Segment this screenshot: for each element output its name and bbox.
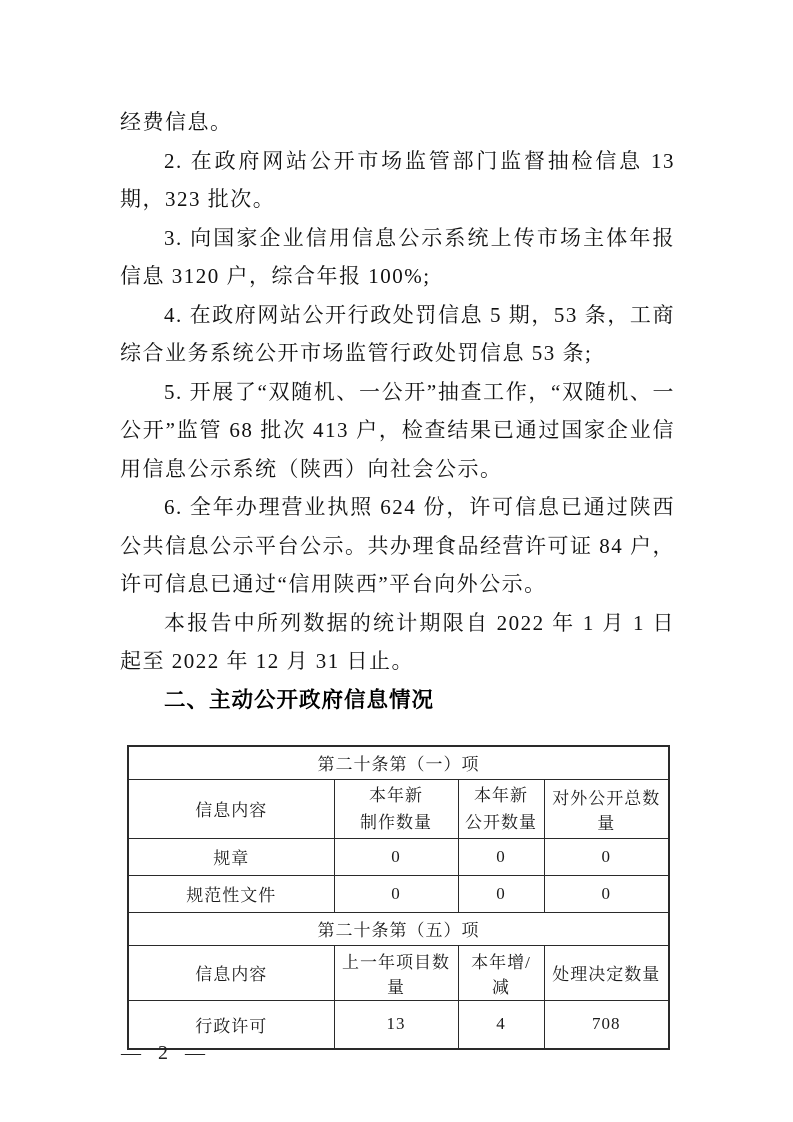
paragraph-continuation: 经费信息。 xyxy=(120,103,675,142)
row-label: 规范性文件 xyxy=(128,875,334,912)
table-cell: 0 xyxy=(544,875,669,912)
table-cell: 708 xyxy=(544,1000,669,1049)
table-cell: 0 xyxy=(334,875,458,912)
header-line: 本年新 xyxy=(465,782,538,809)
table-cell: 0 xyxy=(334,838,458,875)
table-header-row: 信息内容 本年新 制作数量 本年新 公开数量 对外公开总数量 xyxy=(128,779,669,838)
paragraph-item-6: 6. 全年办理营业执照 624 份，许可信息已通过陕西公共信息公示平台公示。共办… xyxy=(120,488,675,604)
header-cell-info-content: 信息内容 xyxy=(128,945,334,1000)
table-header-row: 信息内容 上一年项目数量 本年增/减 处理决定数量 xyxy=(128,945,669,1000)
header-cell-new-published: 本年新 公开数量 xyxy=(458,779,544,838)
paragraph-item-2: 2. 在政府网站公开市场监管部门监督抽检信息 13 期，323 批次。 xyxy=(120,142,675,219)
page-number: — 2 — xyxy=(121,1042,206,1065)
table-section-title-row: 第二十条第（五）项 xyxy=(128,912,669,945)
table-cell: 0 xyxy=(544,838,669,875)
row-label: 规章 xyxy=(128,838,334,875)
table-section-5-title: 第二十条第（五）项 xyxy=(128,912,669,945)
table-row: 规章 0 0 0 xyxy=(128,838,669,875)
header-cell-info-content: 信息内容 xyxy=(128,779,334,838)
document-page: 经费信息。 2. 在政府网站公开市场监管部门监督抽检信息 13 期，323 批次… xyxy=(0,0,793,1122)
paragraph-item-3: 3. 向国家企业信用信息公示系统上传市场主体年报信息 3120 户，综合年报 1… xyxy=(120,219,675,296)
header-line: 本年新 xyxy=(341,782,452,809)
paragraph-item-4: 4. 在政府网站公开行政处罚信息 5 期，53 条，工商综合业务系统公开市场监管… xyxy=(120,296,675,373)
table-cell: 0 xyxy=(458,875,544,912)
body-text: 经费信息。 2. 在政府网站公开市场监管部门监督抽检信息 13 期，323 批次… xyxy=(120,103,675,681)
table-cell: 4 xyxy=(458,1000,544,1049)
header-cell-last-year-count: 上一年项目数量 xyxy=(334,945,458,1000)
table-cell: 0 xyxy=(458,838,544,875)
header-cell-year-change: 本年增/减 xyxy=(458,945,544,1000)
table-row: 行政许可 13 4 708 xyxy=(128,1000,669,1049)
header-cell-total-public: 对外公开总数量 xyxy=(544,779,669,838)
header-line: 制作数量 xyxy=(341,809,452,836)
table-section-1-title: 第二十条第（一）项 xyxy=(128,746,669,779)
paragraph-statistics-period: 本报告中所列数据的统计期限自 2022 年 1 月 1 日起至 2022 年 1… xyxy=(120,604,675,681)
section-heading: 二、主动公开政府信息情况 xyxy=(120,681,675,720)
header-cell-new-created: 本年新 制作数量 xyxy=(334,779,458,838)
info-disclosure-table: 第二十条第（一）项 信息内容 本年新 制作数量 本年新 公开数量 对外公开总数量… xyxy=(127,745,670,1050)
header-line: 公开数量 xyxy=(465,809,538,836)
table-row: 规范性文件 0 0 0 xyxy=(128,875,669,912)
header-cell-decision-count: 处理决定数量 xyxy=(544,945,669,1000)
table-section-title-row: 第二十条第（一）项 xyxy=(128,746,669,779)
table-cell: 13 xyxy=(334,1000,458,1049)
paragraph-item-5: 5. 开展了“双随机、一公开”抽查工作，“双随机、一公开”监管 68 批次 41… xyxy=(120,373,675,489)
